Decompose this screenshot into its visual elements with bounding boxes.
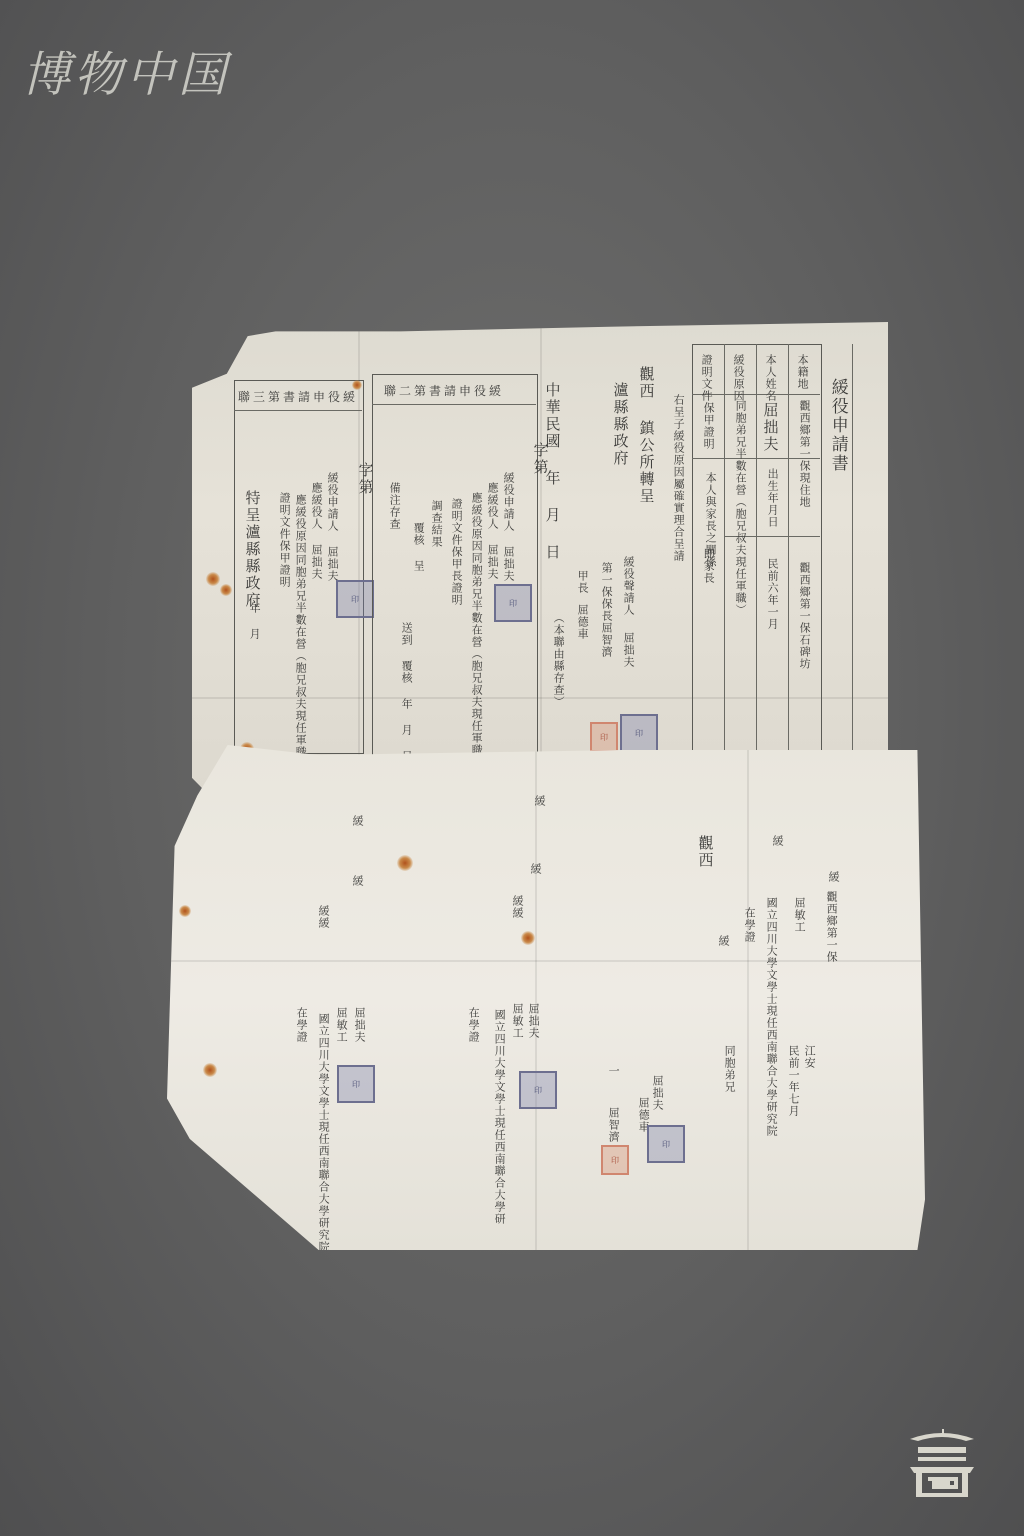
roster-entry: 緩: [717, 935, 729, 947]
roster-entry: 在學證: [295, 1007, 307, 1043]
header-proof: 證明文件: [700, 354, 712, 402]
birth-value: 民前六年一月: [766, 558, 778, 630]
roster-entry: 緩: [771, 835, 783, 847]
rust-stain: [352, 380, 362, 390]
rust-stain: [220, 584, 232, 596]
rust-stain: [203, 1063, 217, 1077]
birth-label: 出生年月日: [766, 468, 778, 528]
roster-entry: 觀西鄉第一保: [825, 891, 837, 963]
roster-entry: 同胞弟兄: [723, 1045, 735, 1093]
roster-entry: 民前一年七月: [787, 1045, 799, 1117]
roster-entry: 緩: [533, 795, 545, 807]
stub-2-line: 備注存查: [388, 482, 400, 530]
roster-entry: 在學證: [743, 907, 755, 943]
name-value: 屈拙夫: [762, 402, 779, 453]
native-place-value: 觀西鄉第一保: [798, 400, 810, 472]
top-sheet-deferment-application: 緩役申請書第三聯 字第 緩役申請人 屈拙夫 應緩役人 屈拙夫 應緩役原因同胞弟兄…: [192, 322, 888, 792]
roster-entry: 國立四川大學文學士現任西南聯合大學研究院: [765, 897, 777, 1137]
roster-entry: 屈智濟: [607, 1107, 619, 1143]
petition-text: 右呈子緩役原因屬確實理合呈請: [672, 394, 684, 562]
header-reason: 緩役原因: [732, 354, 744, 402]
jia-head-label: 甲長: [576, 570, 588, 594]
stub-2-line: 緩役申請人 屈拙夫: [502, 472, 514, 582]
roster-entry: 緩: [351, 875, 363, 887]
proof-value: 保甲證明: [702, 402, 714, 450]
roster-entry: 緩: [529, 863, 541, 875]
roster-entry: 江安: [803, 1045, 815, 1069]
seal-stamp: 印: [494, 584, 532, 622]
seal-stamp: 印: [337, 1065, 375, 1103]
form-title: 緩役申請書: [828, 378, 847, 473]
rust-stain: [397, 855, 413, 871]
stub-2-header: 緩役申請書第二聯: [384, 382, 504, 399]
stub-2-line: 覆核 呈: [412, 522, 424, 572]
header-name: 本人姓名: [764, 354, 776, 402]
stub-2-footer: 送到 覆核 年 月 日: [400, 622, 412, 762]
seal-stamp-red: 印: [601, 1145, 629, 1175]
stub-3-line: 應緩役原因同胞弟兄半數在營（胞兄叔夫現任軍職）: [294, 494, 306, 770]
seal-stamp: 印: [336, 580, 374, 618]
stub-3-line: 應緩役人 屈拙夫: [310, 482, 322, 580]
seal-stamp: 印: [620, 714, 658, 752]
rust-stain: [206, 572, 220, 586]
reason-value: 同胞弟兄半數在營（胞兄叔夫現任軍職）: [734, 400, 746, 616]
stub-2-line: 證明文件保甲長證明: [450, 498, 462, 606]
roster-entry: 國立四川大學文學士現任西南聯合大學研: [493, 1009, 505, 1225]
roster-entry: 在學證: [467, 1007, 479, 1043]
roster-entry: 屈敏工: [793, 897, 805, 933]
stub-2-line: 應緩役原因同胞弟兄半數在營（胞兄叔夫現任軍職）: [470, 492, 482, 768]
date-line: 中華民國 年 月 日: [544, 382, 561, 561]
applicant-name: 屈拙夫: [622, 632, 634, 668]
residence-label: 現住地: [798, 472, 810, 508]
roster-entry: 緩緩: [317, 905, 329, 929]
stub-2-line: 應緩役人 屈拙夫: [486, 482, 498, 580]
county-government: 瀘縣縣政府: [612, 382, 629, 467]
roster-entry: 屈拙夫: [353, 1007, 365, 1043]
stub-3-header: 緩役申請書第三聯: [238, 388, 358, 405]
museum-pavilion-logo-icon: [904, 1425, 980, 1501]
roster-entry: 一: [607, 1065, 619, 1077]
stub-3-date: 年 月: [248, 602, 260, 640]
roster-entry: 緩緩: [511, 895, 523, 919]
stub-2-line: 調查結果: [430, 500, 442, 548]
roster-entry: 屈拙夫: [651, 1075, 663, 1111]
header-native-place: 本籍地: [796, 354, 808, 390]
stub-3-line: 緩役申請人 屈拙夫: [326, 472, 338, 582]
rust-stain: [179, 905, 191, 917]
jia-head-name: 屈德車: [576, 604, 588, 640]
roster-entry: 屈敏工: [511, 1003, 523, 1039]
guarantor-name: 屈智濟: [600, 622, 612, 658]
residence-value: 觀西鄉第一保石碑坊: [798, 562, 810, 670]
applicant-label: 緩役聲請人: [622, 556, 634, 616]
date-note: （本聯由縣存查）: [552, 612, 564, 708]
seal-stamp: 印: [519, 1071, 557, 1109]
roster-entry: 屈拙夫: [527, 1003, 539, 1039]
guarantor-label: 第一保保長: [600, 562, 612, 622]
roster-entry: 緩: [827, 871, 839, 883]
roster-entry: 緩: [351, 815, 363, 827]
district-office: 觀西 鎮公所轉呈: [638, 366, 655, 505]
household-head: 即家長: [702, 548, 714, 584]
rust-stain: [521, 931, 535, 945]
bottom-sheet-roster: 緩 觀西鄉第一保 江安 民前一年七月 屈敏工 國立四川大學文學士現任西南聯合大學…: [167, 745, 925, 1250]
seal-stamp: 印: [647, 1125, 685, 1163]
stub-3-footer: 特呈瀘縣縣政府: [244, 490, 261, 609]
roster-entry: 觀西: [697, 835, 714, 869]
roster-entry: 國立四川大學文學士現任西南聯合大學研究院: [317, 1013, 329, 1253]
roster-entry: 屈敏工: [335, 1007, 347, 1043]
watermark-text: 博物中国: [22, 36, 230, 105]
seal-stamp-red: 印: [590, 722, 618, 752]
stub-3-line: 證明文件保甲證明: [278, 492, 290, 588]
